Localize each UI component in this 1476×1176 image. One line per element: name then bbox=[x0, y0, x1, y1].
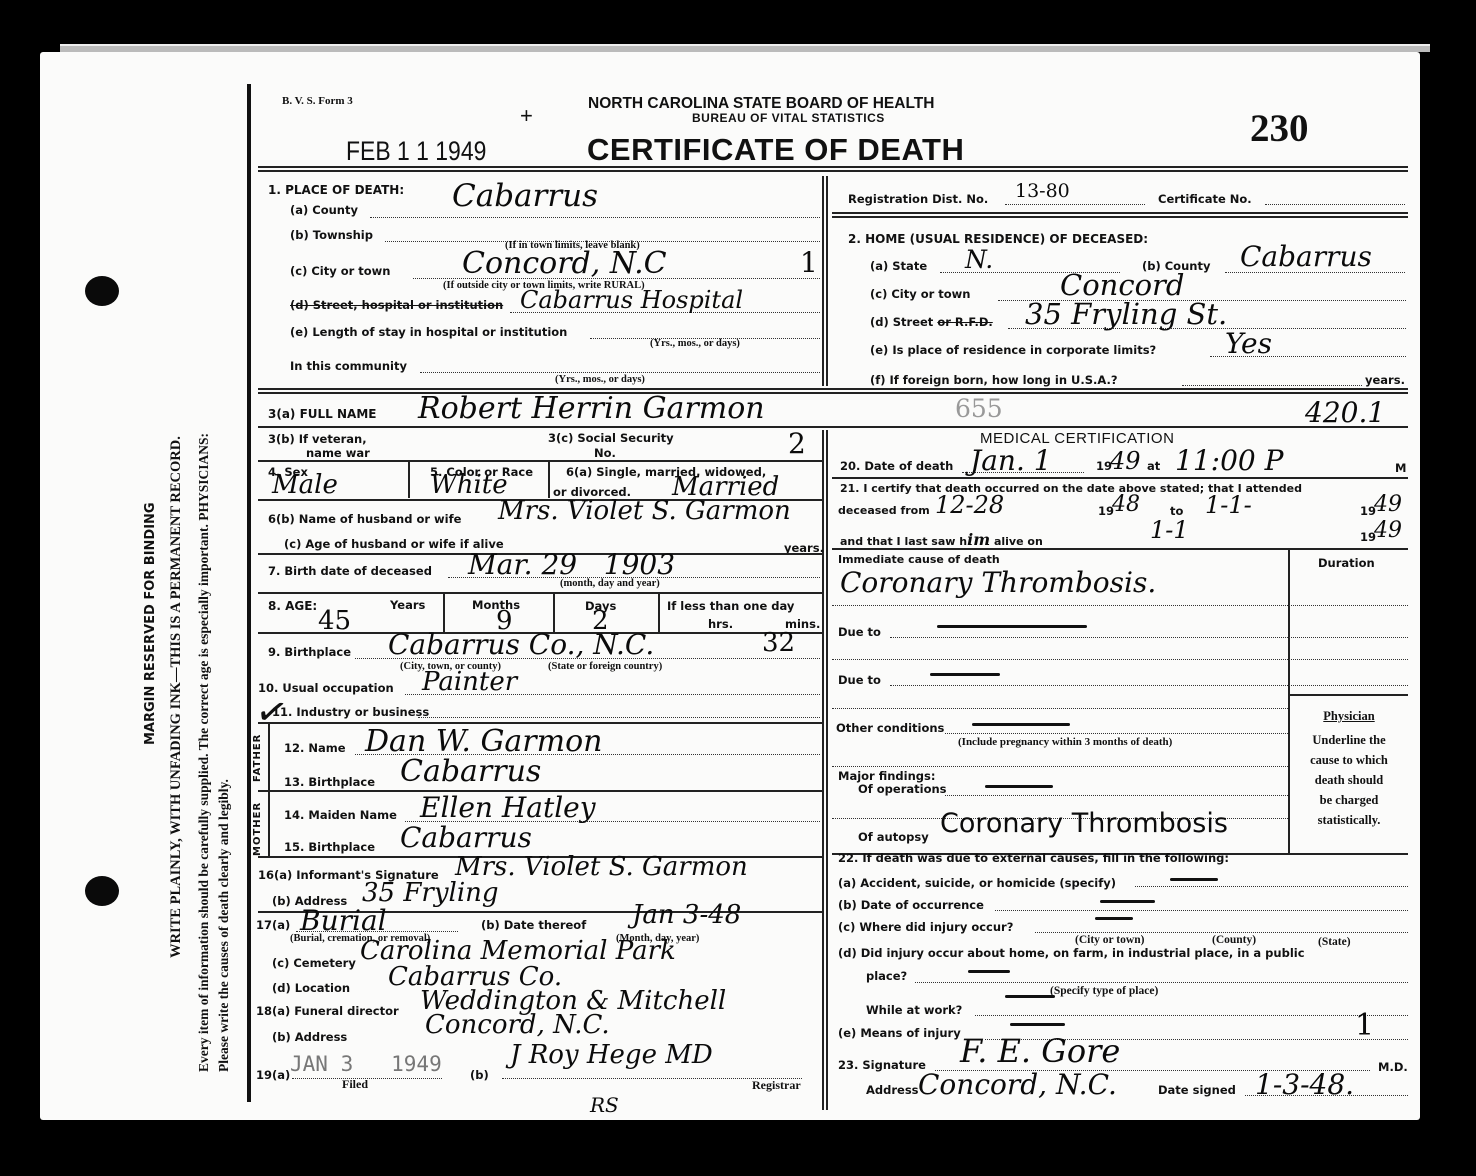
page-number: 230 bbox=[1250, 106, 1309, 151]
residence-heading: 2. HOME (USUAL RESIDENCE) OF DECEASED: bbox=[848, 232, 1148, 246]
page-title: CERTIFICATE OF DEATH bbox=[587, 132, 964, 168]
certificate-number-label: Certificate No. bbox=[1158, 192, 1252, 206]
community-note: (Yrs., mos., or days) bbox=[555, 374, 645, 385]
pencil-cross-mark: + bbox=[520, 103, 533, 129]
years-divider bbox=[443, 594, 445, 632]
external-c-label: (c) Where did injury occur? bbox=[838, 920, 1013, 934]
funeral-address-value: Concord, N.C. bbox=[425, 1010, 610, 1040]
attended-to-value: 1-1- bbox=[1205, 491, 1252, 519]
binding-hole-bottom bbox=[85, 876, 119, 906]
physician-box-line: cause to which bbox=[1290, 750, 1408, 770]
margin-write-plainly: WRITE PLAINLY, WITH UNFADING INK—THIS IS… bbox=[168, 436, 185, 958]
full-name-value: Robert Herrin Garmon bbox=[418, 391, 765, 426]
birth-date-value: Mar. 29 1903 bbox=[468, 548, 675, 581]
last-saw-label: and that I last saw him alive on bbox=[840, 530, 1043, 549]
margin-please-write: Please write the causes of death clearly… bbox=[216, 779, 232, 1072]
res-foreign-line bbox=[1182, 385, 1362, 386]
ss-value: 2 bbox=[788, 427, 806, 460]
certificate-line bbox=[1265, 204, 1405, 205]
death-m-label: M bbox=[1395, 461, 1406, 475]
external-e-mark: 1 bbox=[1355, 1008, 1374, 1043]
disposition-label: 17(a) bbox=[256, 918, 290, 932]
funeral-address-label: (b) Address bbox=[272, 1030, 347, 1044]
birth-rule bbox=[258, 592, 822, 594]
binding-hole-top bbox=[85, 276, 119, 306]
external-b-label: (b) Date of occurrence bbox=[838, 898, 984, 912]
certify-rule bbox=[832, 548, 1408, 550]
county-label: (a) County bbox=[290, 203, 358, 217]
external-c-note-state: (State) bbox=[1318, 936, 1351, 948]
city-label: (c) City or town bbox=[290, 264, 391, 278]
veteran-label-2: name war bbox=[306, 446, 370, 460]
external-e-label: (e) Means of injury bbox=[838, 1026, 961, 1040]
other-conditions-label: Other conditions bbox=[836, 721, 944, 735]
physician-box-line: be charged bbox=[1290, 790, 1408, 810]
birthplace-note-state: (State or foreign country) bbox=[548, 661, 662, 672]
location-label: (d) Location bbox=[272, 981, 350, 995]
filed-label-a: 19(a) bbox=[256, 1068, 290, 1082]
ss-label-2: No. bbox=[594, 446, 616, 460]
other-conditions-line bbox=[945, 733, 1288, 734]
informant-signature: Mrs. Violet S. Garmon bbox=[455, 852, 748, 882]
registration-line bbox=[1005, 204, 1145, 205]
res-corporate-value: Yes bbox=[1225, 327, 1272, 360]
spouse-label: 6(b) Name of husband or wife bbox=[268, 512, 461, 526]
birthplace-label: 9. Birthplace bbox=[268, 645, 351, 659]
birth-date-label: 7. Birth date of deceased bbox=[268, 564, 432, 578]
res-county-value: Cabarrus bbox=[1240, 240, 1372, 273]
spouse-value: Mrs. Violet S. Garmon bbox=[498, 496, 791, 526]
filed-label-b: (b) bbox=[470, 1068, 489, 1082]
city-mark: 1 bbox=[800, 246, 818, 279]
immediate-cause-value: Coronary Thrombosis. bbox=[840, 566, 1156, 599]
other-conditions-dash bbox=[972, 723, 1070, 726]
physician-address-label: Address bbox=[866, 1083, 919, 1097]
age-years-label: Years bbox=[390, 598, 425, 612]
external-a-dash bbox=[1170, 878, 1218, 881]
from-year-value: 48 bbox=[1112, 492, 1140, 517]
mother-tag: MOTHER bbox=[252, 802, 263, 856]
community-line bbox=[420, 372, 820, 373]
city-value: Concord, N.C bbox=[462, 246, 667, 281]
margin-rule bbox=[247, 84, 251, 1102]
other-conditions-note: (Include pregnancy within 3 months of de… bbox=[958, 736, 1172, 748]
external-d-dash bbox=[968, 970, 1010, 973]
institution-label: (d) Street, hospital or institution bbox=[290, 298, 503, 312]
filed-date-stamp: JAN 3 1949 bbox=[290, 1052, 442, 1076]
last-saw-year-value: 49 bbox=[1374, 518, 1402, 543]
external-c-note-county: (County) bbox=[1212, 934, 1256, 946]
res-city-label: (c) City or town bbox=[870, 287, 971, 301]
to-year-value: 49 bbox=[1374, 492, 1402, 517]
age-label: 8. AGE: bbox=[268, 599, 317, 613]
birth-date-note: (month, day and year) bbox=[560, 578, 660, 589]
duration-label: Duration bbox=[1318, 556, 1375, 570]
death-date-label: 20. Date of death bbox=[840, 459, 953, 473]
res-foreign-unit: years. bbox=[1365, 373, 1405, 387]
external-c-note-city: (City or town) bbox=[1075, 934, 1144, 946]
attended-from-value: 12-28 bbox=[935, 491, 1004, 519]
physician-signature-label: 23. Signature bbox=[838, 1058, 926, 1072]
form-number: B. V. S. Form 3 bbox=[282, 95, 353, 107]
autopsy-label: Of autopsy bbox=[858, 830, 929, 844]
birthplace-code: 32 bbox=[762, 628, 795, 658]
date-signed-label: Date signed bbox=[1158, 1083, 1236, 1097]
birthplace-value: Cabarrus Co., N.C. bbox=[388, 628, 654, 661]
cause-line-2 bbox=[832, 659, 1408, 660]
due-to-1-dash bbox=[937, 625, 1087, 628]
registration-district-value: 13-80 bbox=[1015, 180, 1070, 202]
external-d-note-dash bbox=[1005, 995, 1055, 998]
cemetery-label: (c) Cemetery bbox=[272, 956, 356, 970]
death-date-value: Jan. 1 bbox=[970, 444, 1052, 477]
external-b-line bbox=[995, 910, 1408, 911]
mother-name-value: Ellen Hatley bbox=[420, 791, 596, 824]
father-birthplace-label: 13. Birthplace bbox=[284, 775, 375, 789]
days-divider bbox=[658, 594, 660, 632]
header-divider bbox=[258, 166, 1408, 172]
external-heading: 22. If death was due to external causes,… bbox=[838, 851, 1229, 865]
mother-bracket bbox=[268, 792, 270, 856]
stay-label: (e) Length of stay in hospital or instit… bbox=[290, 325, 567, 339]
stay-note: (Yrs., mos., or days) bbox=[650, 338, 740, 349]
immediate-cause-label: Immediate cause of death bbox=[838, 553, 1000, 566]
registrar-label: Registrar bbox=[752, 1078, 801, 1093]
death-year-value: 49 bbox=[1110, 447, 1141, 475]
column-divider-lower bbox=[822, 430, 828, 1110]
major-findings-label: Major findings: bbox=[838, 769, 935, 783]
physician-instructions-box: Physician Underline the cause to which d… bbox=[1290, 706, 1408, 830]
external-work-label: While at work? bbox=[866, 1003, 962, 1017]
operations-label: Of operations bbox=[858, 782, 947, 796]
full-name-label: 3(a) FULL NAME bbox=[268, 407, 376, 421]
external-b-dash bbox=[1100, 900, 1155, 903]
res-street-value: 35 Fryling St. bbox=[1025, 297, 1227, 331]
physician-box-line: Underline the bbox=[1290, 730, 1408, 750]
res-corporate-label: (e) Is place of residence in corporate l… bbox=[870, 343, 1156, 357]
veteran-rule bbox=[258, 460, 822, 462]
death-time-value: 11:00 P bbox=[1175, 444, 1283, 477]
external-c-dash bbox=[1095, 917, 1133, 920]
res-state-value: N. bbox=[965, 245, 993, 274]
father-bracket bbox=[268, 724, 270, 790]
full-name-rule bbox=[258, 426, 1408, 428]
sex-value: Male bbox=[272, 470, 338, 500]
due-to-label-2: Due to bbox=[838, 673, 881, 687]
hrs-label: hrs. bbox=[708, 617, 733, 631]
veteran-label: 3(b) If veteran, bbox=[268, 432, 367, 446]
stacked-page-edge bbox=[60, 44, 1430, 52]
cause-line-4 bbox=[832, 766, 1288, 767]
mother-birthplace-value: Cabarrus bbox=[400, 821, 532, 854]
father-name-label: 12. Name bbox=[284, 741, 346, 755]
father-birthplace-value: Cabarrus bbox=[400, 754, 541, 789]
filed-label: Filed bbox=[342, 1077, 368, 1092]
father-tag: FATHER bbox=[252, 734, 263, 782]
institution-value: Cabarrus Hospital bbox=[520, 286, 743, 314]
race-divider bbox=[548, 462, 550, 498]
industry-line bbox=[418, 717, 820, 718]
place-of-death-heading: 1. PLACE OF DEATH: bbox=[268, 183, 404, 197]
res-street-label: (d) Street or R.F.D. bbox=[870, 315, 993, 329]
cause-code: 420.1 bbox=[1305, 396, 1385, 429]
due-to-label-1: Due to bbox=[838, 625, 881, 639]
external-d-label: (d) Did injury occur about home, on farm… bbox=[838, 946, 1305, 960]
external-work-line bbox=[975, 1015, 1408, 1016]
physician-box-line: statistically. bbox=[1290, 810, 1408, 830]
received-date-stamp: FEB 1 1 1949 bbox=[346, 136, 486, 167]
external-d-line bbox=[915, 982, 1408, 983]
county-value: Cabarrus bbox=[452, 178, 598, 214]
date-signed-value: 1-3-48. bbox=[1255, 1068, 1354, 1101]
mother-birthplace-label: 15. Birthplace bbox=[284, 840, 375, 854]
due-to-2-dash bbox=[930, 673, 1000, 676]
pencil-code: 655 bbox=[955, 394, 1003, 423]
death-at-label: at bbox=[1147, 459, 1160, 473]
attended-from-label: deceased from bbox=[838, 504, 930, 517]
registrar-signature: J Roy Hege MD bbox=[510, 1040, 713, 1070]
external-c-line bbox=[1035, 932, 1408, 933]
registration-district-label: Registration Dist. No. bbox=[848, 192, 988, 206]
operations-line bbox=[945, 795, 1288, 796]
cause-line-1 bbox=[832, 605, 1408, 606]
registration-divider bbox=[832, 212, 1408, 218]
township-label: (b) Township bbox=[290, 228, 373, 242]
autopsy-value: Coronary Thrombosis bbox=[940, 808, 1228, 839]
physician-address: Concord, N.C. bbox=[918, 1068, 1117, 1101]
registrar-initials: RS bbox=[590, 1093, 619, 1117]
cause-line-3 bbox=[832, 708, 1288, 709]
physician-box-title: Physician bbox=[1290, 706, 1408, 726]
months-divider bbox=[553, 594, 555, 632]
mother-name-label: 14. Maiden Name bbox=[284, 808, 397, 822]
bureau-name: BUREAU OF VITAL STATISTICS bbox=[692, 111, 885, 125]
res-foreign-label: (f) If foreign born, how long in U.S.A.? bbox=[870, 373, 1118, 387]
operations-dash bbox=[985, 785, 1053, 788]
ss-label: 3(c) Social Security bbox=[548, 431, 674, 445]
occupation-value: Painter bbox=[422, 667, 517, 697]
external-d-note: (Specify type of place) bbox=[1050, 985, 1158, 997]
community-label: In this community bbox=[290, 359, 407, 373]
sex-divider bbox=[408, 462, 410, 498]
disposition-date-label: (b) Date thereof bbox=[481, 918, 586, 932]
disposition-date: Jan 3-48 bbox=[632, 900, 741, 930]
industry-label: 11. Industry or business bbox=[272, 705, 429, 719]
funeral-director-label: 18(a) Funeral director bbox=[256, 1004, 399, 1018]
margin-binding-note: MARGIN RESERVED FOR BINDING bbox=[143, 502, 158, 745]
column-divider-upper bbox=[822, 176, 828, 386]
county-line bbox=[370, 217, 820, 218]
death-date-rule bbox=[832, 477, 1408, 479]
due-to-line-1 bbox=[890, 637, 1408, 638]
due-to-line-2 bbox=[890, 685, 1408, 686]
external-a-label: (a) Accident, suicide, or homicide (spec… bbox=[838, 876, 1116, 890]
md-label: M.D. bbox=[1378, 1060, 1408, 1074]
last-saw-value: 1-1 bbox=[1150, 516, 1189, 544]
external-e-dash bbox=[1010, 1023, 1065, 1026]
physician-box-line: death should bbox=[1290, 770, 1408, 790]
physician-signature: F. E. Gore bbox=[960, 1032, 1120, 1070]
res-state-label: (a) State bbox=[870, 259, 927, 273]
less-than-day-label: If less than one day bbox=[667, 599, 794, 613]
external-d-label-2: place? bbox=[866, 969, 907, 983]
duration-rule bbox=[1290, 694, 1408, 696]
margin-every-item: Every item of information should be care… bbox=[196, 433, 212, 1072]
race-value: White bbox=[430, 470, 508, 500]
external-a-line bbox=[1135, 886, 1408, 887]
